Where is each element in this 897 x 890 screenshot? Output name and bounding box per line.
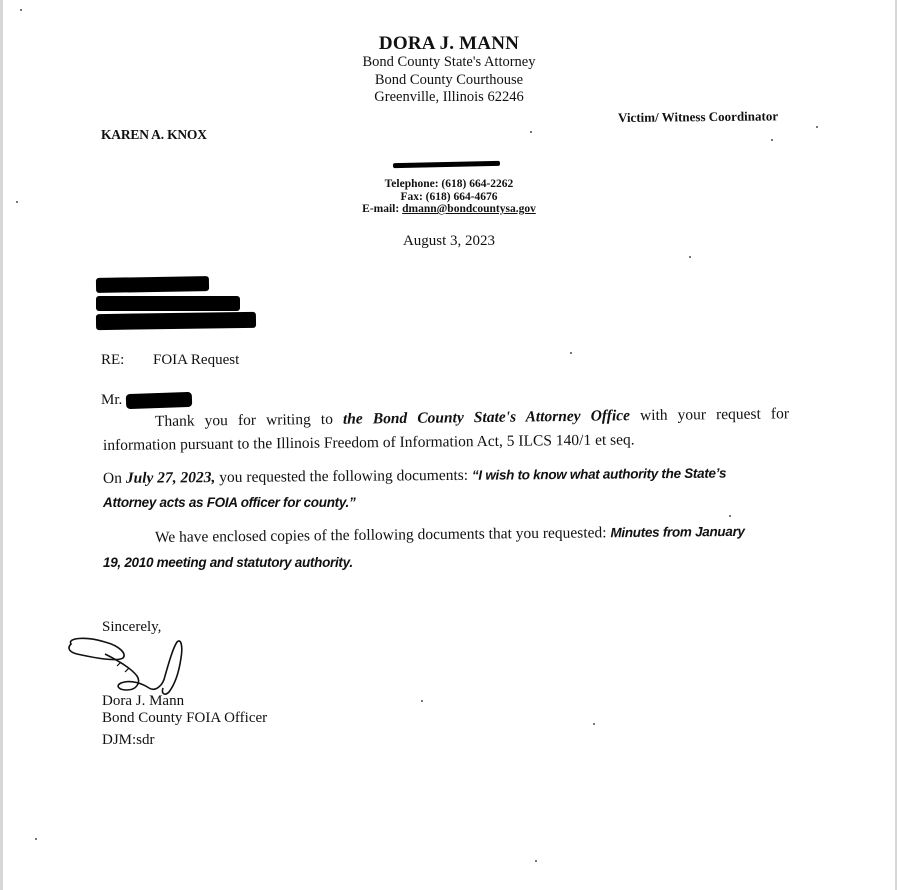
enclosed-docs-2: 19, 2010 meeting and statutory authority… (103, 555, 353, 570)
letterhead-office: Bond County State's Attorney (3, 53, 895, 71)
signer-title: Bond County FOIA Officer (102, 710, 267, 727)
email-line: E-mail: dmann@bondcountysa.gov (3, 203, 895, 216)
letter-page: DORA J. MANN Bond County State's Attorne… (3, 0, 895, 890)
scan-speck (421, 700, 423, 702)
signer-name: Dora J. Mann (102, 693, 184, 710)
scan-speck (816, 126, 818, 128)
scan-speck (535, 860, 537, 862)
coordinator-title: Victim/ Witness Coordinator (618, 108, 778, 126)
scan-speck (16, 201, 18, 203)
assistant-name: KAREN A. KNOX (101, 127, 207, 143)
scan-speck (20, 9, 22, 11)
signature-icon (65, 636, 190, 698)
re-subject: FOIA Request (153, 352, 239, 368)
scan-speck (689, 256, 691, 258)
redacted-recipient-line-2 (96, 296, 240, 311)
body-paragraph-3-line-1: We have enclosed copies of the following… (155, 522, 745, 548)
request-quote-1: “I wish to know what authority the State… (472, 466, 726, 483)
body-paragraph-2-line-2: Attorney acts as FOIA officer for county… (103, 493, 355, 513)
body-paragraph-2-line-1: On July 27, 2023, you requested the foll… (103, 464, 726, 489)
body-paragraph-1-line-1: Thank you for writing to the Bond County… (155, 404, 789, 432)
telephone: Telephone: (618) 664-2262 (3, 178, 895, 191)
re-line: RE:FOIA Request (101, 352, 239, 369)
salutation-prefix: Mr. (101, 392, 122, 408)
valediction: Sincerely, (102, 619, 161, 636)
redacted-recipient-name (126, 392, 192, 409)
scan-speck (593, 723, 595, 725)
reference-initials: DJM:sdr (102, 732, 155, 749)
header-rule (393, 161, 500, 168)
redacted-recipient-line-3 (96, 312, 256, 330)
letter-date: August 3, 2023 (3, 233, 895, 250)
email-link[interactable]: dmann@bondcountysa.gov (402, 203, 536, 215)
enclosed-docs-1: Minutes from January (610, 524, 744, 540)
re-label: RE: (101, 352, 153, 369)
scan-speck (729, 515, 731, 517)
redacted-recipient-line-1 (96, 276, 209, 293)
office-name-emphasis: the Bond County State's Attorney Office (343, 407, 630, 428)
letterhead-name: DORA J. MANN (3, 33, 895, 55)
body-paragraph-1-line-2: information pursuant to the Illinois Fre… (103, 430, 635, 456)
scan-speck (771, 139, 773, 141)
scan-speck (570, 352, 572, 354)
letterhead-building: Bond County Courthouse (3, 71, 895, 89)
letterhead-city: Greenville, Illinois 62246 (3, 88, 895, 106)
scan-speck (530, 131, 532, 133)
body-paragraph-3-line-2: 19, 2010 meeting and statutory authority… (103, 553, 353, 573)
request-quote-2: Attorney acts as FOIA officer for county… (103, 495, 355, 510)
scan-speck (35, 838, 37, 840)
email-label: E-mail: (362, 203, 402, 215)
request-date: July 27, 2023, (126, 469, 216, 487)
salutation: Mr. (101, 392, 122, 409)
